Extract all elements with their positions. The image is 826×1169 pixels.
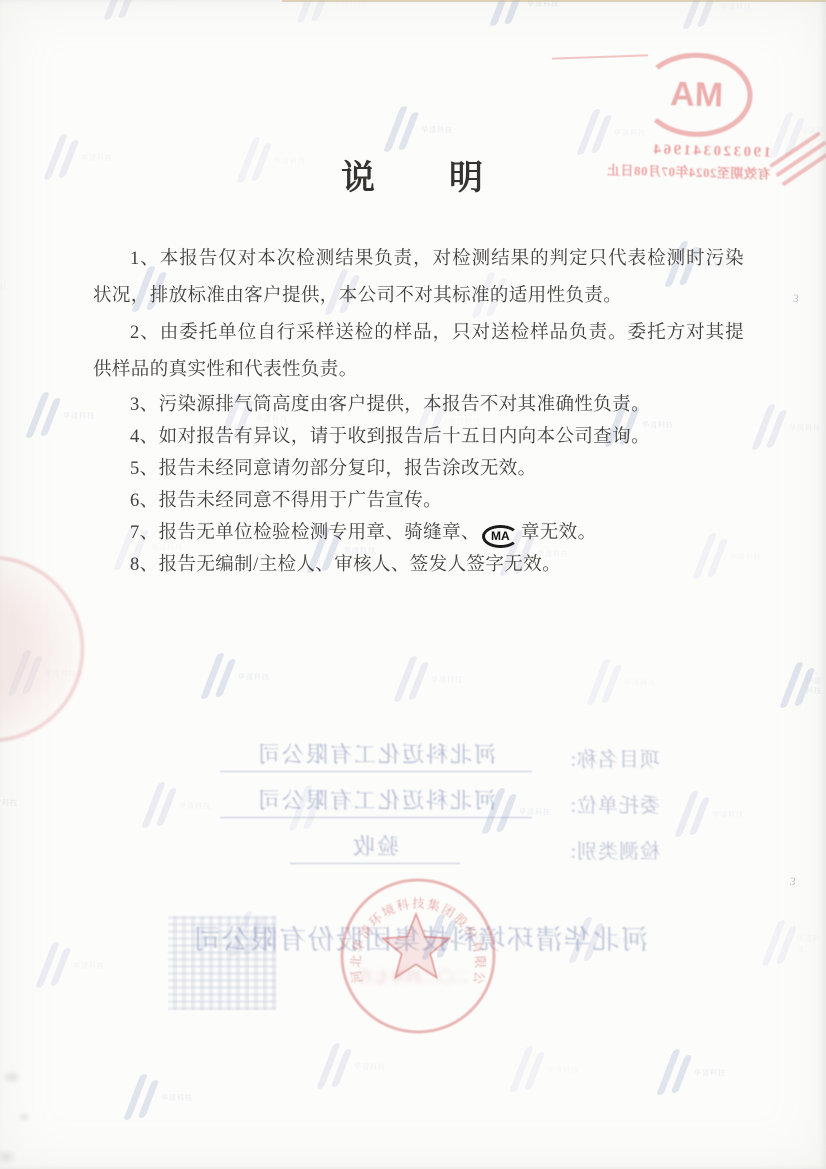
double-slash-icon	[30, 392, 60, 440]
note-number: 5、	[130, 459, 159, 479]
cover-field-row: 项目名称: 河北科迈化工有限公司	[130, 726, 660, 772]
cover-field-row: 检测类别: 验收	[130, 818, 660, 864]
watermark-logo: 华清科技	[514, 1046, 579, 1094]
field-value: 验收	[290, 830, 460, 864]
double-slash-icon	[205, 653, 235, 701]
double-slash-icon	[679, 791, 709, 839]
cma-logo-icon: MA	[639, 51, 753, 138]
watermark-label: 华清科技	[161, 1093, 193, 1103]
note-text: 报告未经同意请勿部分复印，报告涂改无效。	[159, 459, 537, 479]
note-text: 报告无编制/主检人、审核人、签发人签字无效。	[159, 555, 561, 575]
cma-seal-text: MA	[491, 530, 510, 542]
scan-edge-line	[282, 0, 826, 2]
watermark-label: 华清科技	[431, 675, 463, 685]
watermark-logo: 华清科技	[0, 263, 8, 311]
cover-fields-bleedthrough: 项目名称: 河北科迈化工有限公司 委托单位: 河北科迈化工有限公司 检测类别: …	[130, 726, 660, 864]
note-number: 1、	[130, 249, 160, 269]
watermark-label: 华清科技	[547, 1065, 579, 1075]
double-slash-icon	[108, 0, 138, 22]
note-number: 6、	[130, 491, 159, 511]
scan-artifact: 3	[789, 876, 797, 889]
watermark-logo: 华清科技	[398, 656, 463, 704]
note-text: 如对报告有异议，请于收到报告后十五日内向本公司查询。	[159, 427, 650, 447]
double-slash-icon	[766, 920, 794, 968]
note-item-3: 3、污染源排气筒高度由客户提供，本报告不对其准确性负责。	[93, 389, 744, 421]
double-slash-icon	[687, 0, 717, 31]
watermark-logo: 华清科技	[205, 653, 270, 701]
watermark-logo: 华清科技	[321, 1043, 386, 1091]
page-title: 说明	[0, 150, 826, 199]
watermark-label: 华清科技	[238, 672, 270, 682]
cma-seal-icon: MA	[482, 525, 519, 548]
note-text: 报告无单位检验检测专用章、骑缝章、	[159, 523, 480, 543]
note-item-5: 5、报告未经同意请勿部分复印，报告涂改无效。	[93, 453, 744, 485]
watermark-logo: 华清科技	[784, 662, 826, 710]
watermark-logo: 华清科技	[679, 791, 744, 839]
note-text: 本报告仅对本次检测结果负责，对检测结果的判定只代表检测时污染状况，排放标准由客户…	[93, 249, 744, 306]
double-slash-icon	[494, 0, 524, 28]
watermark-logo: 华清科技	[30, 392, 95, 440]
note-text: 章无效。	[521, 523, 597, 543]
partial-seal-bleedthrough	[0, 556, 84, 742]
note-number: 2、	[130, 323, 160, 343]
double-slash-icon	[40, 942, 70, 990]
watermark-label: 华清科技	[141, 0, 173, 3]
note-item-1: 1、本报告仅对本次检测结果负责，对检测结果的判定只代表检测时污染状况，排放标准由…	[93, 241, 744, 315]
watermark-logo: 华清科技	[128, 1074, 193, 1122]
note-text: 污染源排气筒高度由客户提供，本报告不对其准确性负责。	[159, 395, 650, 415]
double-slash-icon	[128, 1074, 158, 1122]
watermark-logo: 华清科技	[301, 0, 366, 25]
field-label: 检测类别:	[550, 835, 660, 864]
note-item-7: 7、报告无单位检验检测专用章、骑缝章、MA章无效。	[93, 517, 744, 549]
double-slash-icon	[301, 0, 331, 25]
watermark-logo: 华清科技	[108, 0, 173, 22]
watermark-label: 华清科技	[0, 282, 8, 292]
cover-field-row: 委托单位: 河北科迈化工有限公司	[130, 772, 660, 818]
cma-logo-text: MA	[670, 75, 724, 115]
note-item-2: 2、由委托单位自行采样送检的样品，只对送检样品负责。委托方对其提供样品的真实性和…	[93, 315, 744, 389]
double-slash-icon	[756, 404, 786, 452]
field-label: 委托单位:	[550, 789, 660, 818]
watermark-logo: 华清科技	[756, 404, 821, 452]
double-slash-icon	[398, 656, 428, 704]
watermark-logo: 华清科技	[388, 106, 453, 154]
watermark-label: 华清科技	[720, 2, 752, 12]
watermark-label: 华清科技	[354, 1062, 386, 1072]
watermark-label: 华清科技	[73, 961, 105, 971]
watermark-label: 华清科技	[789, 423, 821, 433]
company-seal: 河北华清环境科技集团股份有限公司	[337, 872, 499, 1038]
note-number: 8、	[130, 555, 159, 575]
watermark-logo: 华清科技	[661, 1049, 726, 1097]
double-slash-icon	[321, 1043, 351, 1091]
field-value: 河北科迈化工有限公司	[220, 784, 532, 818]
note-item-8: 8、报告无编制/主检人、审核人、签发人签字无效。	[93, 549, 744, 581]
watermark-logo: 华清科技	[766, 920, 826, 968]
watermark-logo: 华清科技	[591, 659, 656, 707]
star-icon	[383, 914, 450, 978]
note-number: 4、	[130, 427, 159, 447]
scanned-report-page: 华清科技华清科技华清科技华清科技华清科技华清科技华清科技华清科技华清科技华清科技…	[0, 0, 826, 1169]
watermark-label: 华清科技	[0, 798, 18, 808]
field-value: 河北科迈化工有限公司	[220, 738, 532, 772]
notes-list: 1、本报告仅对本次检测结果负责，对检测结果的判定只代表检测时污染状况，排放标准由…	[93, 241, 744, 581]
double-slash-icon	[661, 1049, 691, 1097]
note-number: 3、	[130, 395, 159, 415]
watermark-label: 华清科技	[421, 125, 453, 135]
note-text: 由委托单位自行采样送检的样品，只对送检样品负责。委托方对其提供样品的真实性和代表…	[93, 323, 744, 380]
watermark-label: 华清科技	[806, 676, 826, 696]
note-item-6: 6、报告未经同意不得用于广告宣传。	[93, 485, 744, 517]
seal-inner-smudge-text: 二〇二四年七月	[348, 970, 478, 1004]
note-number: 7、	[130, 523, 159, 543]
title-char-1: 说	[341, 150, 377, 199]
title-char-2: 明	[449, 150, 485, 199]
watermark-label: 华清科技	[624, 678, 656, 688]
watermark-logo: 华清科技	[0, 779, 18, 827]
double-slash-icon	[388, 106, 418, 154]
note-item-4: 4、如对报告有异议，请于收到报告后十五日内向本公司查询。	[93, 421, 744, 453]
double-slash-icon	[784, 662, 803, 710]
watermark-label: 华清科技	[694, 1068, 726, 1078]
note-text: 报告未经同意不得用于广告宣传。	[159, 491, 443, 511]
watermark-label: 华清科技	[712, 810, 744, 820]
watermark-label: 华清科技	[63, 411, 95, 421]
watermark-label: 华清科技	[797, 934, 826, 954]
scan-corner-noise	[0, 1047, 54, 1169]
double-slash-icon	[591, 659, 621, 707]
watermark-logo: 华清科技	[40, 942, 105, 990]
watermark-logo: 华清科技	[494, 0, 559, 28]
scan-artifact: 3	[792, 293, 800, 306]
double-slash-icon	[514, 1046, 544, 1094]
field-label: 项目名称:	[550, 743, 660, 772]
watermark-logo: 华清科技	[687, 0, 752, 31]
